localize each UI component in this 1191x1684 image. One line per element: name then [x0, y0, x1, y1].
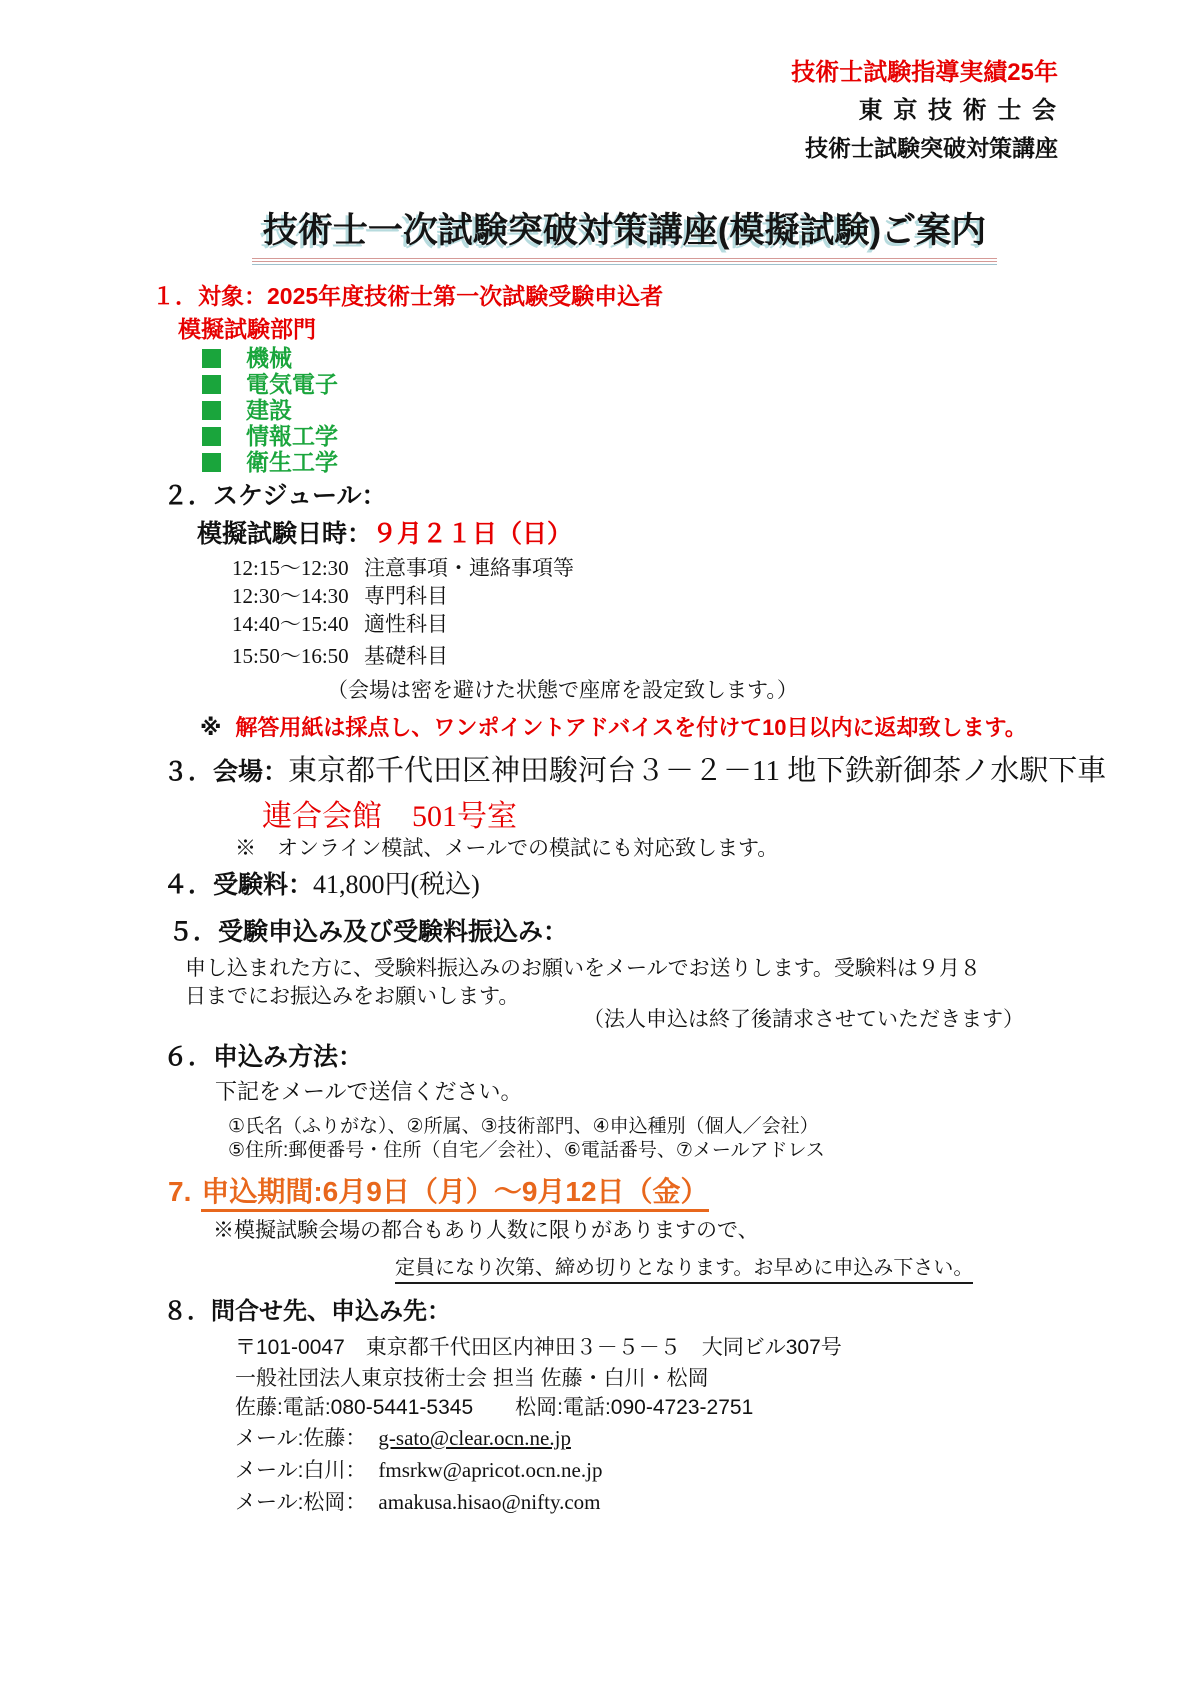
payment-body-line2: 日までにお振込みをお願いします。 — [185, 980, 519, 1010]
section4-heading: ４．受験料： — [163, 871, 313, 899]
schedule-row: 12:30～14:30専門科目 — [232, 580, 448, 610]
schedule-subject: 基礎科目 — [364, 644, 448, 668]
schedule-subject: 注意事項・連絡事項等 — [364, 556, 574, 580]
section7-number: 7. — [168, 1176, 191, 1207]
title-block: 技術士一次試験突破対策講座(模擬試験)ご案内 — [252, 203, 997, 265]
contact-address-line1: 〒101-0047 東京都千代田区内神田３－５－５ 大同ビル307号 — [235, 1331, 842, 1361]
venue-line: ３．会場：東京都千代田区神田駿河台３－２－11 地下鉄新御茶ノ水駅下車 — [163, 748, 1106, 789]
application-items-line2: ⑤住所:郵便番号・住所（自宅／会社）、⑥電話番号、⑦メールアドレス — [228, 1135, 825, 1162]
corporate-billing-note: （法人申込は終了後請求させていただきます） — [583, 1003, 1024, 1033]
contact-email-sato: メール:佐藤：g-sato@clear.ocn.ne.jp — [235, 1422, 571, 1452]
section6-heading: ６．申込み方法： — [163, 1037, 363, 1073]
application-instruction: 下記をメールで送信ください。 — [215, 1075, 523, 1106]
title-underline-pink — [252, 258, 997, 262]
online-mock-note: ※ オンライン模試、メールでの模試にも対応致します。 — [235, 832, 778, 862]
application-period-text: 申込期間:6月9日（月）～9月12日（金） — [201, 1176, 708, 1212]
list-item: 衛生工学 — [202, 444, 338, 477]
schedule-row: 12:15～12:30注意事項・連絡事項等 — [232, 552, 574, 582]
application-items-line1: ①氏名（ふりがな）、②所属、③技術部門、④申込種別（個人／会社） — [228, 1111, 819, 1138]
title-underline-blue — [252, 264, 997, 265]
email-label: メール:松岡： — [235, 1491, 366, 1514]
header-course-name: 技術士試験突破対策講座 — [805, 130, 1058, 163]
schedule-time: 14:40～15:40 — [232, 608, 364, 638]
exam-date-label: 模擬試験日時： — [197, 520, 372, 548]
fee-amount: 41,800円(税込) — [313, 870, 480, 899]
header-organization-name: 東 京 技 術 士 会 — [859, 90, 1058, 125]
contact-address-line2: 一般社団法人東京技術士会 担当 佐藤・白川・松岡 — [235, 1362, 709, 1392]
schedule-time: 15:50～16:50 — [232, 640, 364, 670]
email-label: メール:佐藤： — [235, 1427, 366, 1450]
venue-address: 東京都千代田区神田駿河台３－２－11 地下鉄新御茶ノ水駅下車 — [288, 755, 1106, 787]
contact-email-shirakawa: メール:白川：fmsrkw@apricot.ocn.ne.jp — [235, 1454, 602, 1484]
schedule-time: 12:15～12:30 — [232, 552, 364, 582]
capacity-note-line1: ※模擬試験会場の都合もあり人数に限りがありますので、 — [213, 1214, 759, 1244]
page-title: 技術士一次試験突破対策講座(模擬試験)ご案内 — [252, 203, 997, 253]
exam-date-value: ９月２１日（日） — [372, 520, 572, 548]
fee-line: ４．受験料：41,800円(税込) — [163, 864, 480, 901]
grading-return-text: 解答用紙は採点し、ワンポイントアドバイスを付けて10日以内に返却致します。 — [235, 715, 1026, 740]
schedule-subject: 適性科目 — [364, 612, 448, 636]
schedule-subject: 専門科目 — [364, 584, 448, 608]
email-address: amakusa.hisao@nifty.com — [378, 1490, 600, 1514]
header-achievement-line: 技術士試験指導実績25年 — [791, 52, 1058, 87]
email-address: fmsrkw@apricot.ocn.ne.jp — [378, 1458, 602, 1482]
reference-mark: ※ — [200, 715, 221, 740]
email-label: メール:白川： — [235, 1459, 366, 1482]
contact-phones: 佐藤:電話:080-5441-5345 松岡:電話:090-4723-2751 — [235, 1391, 753, 1421]
email-address-link[interactable]: g-sato@clear.ocn.ne.jp — [378, 1426, 571, 1450]
payment-body-line1: 申し込まれた方に、受験料振込みのお願いをメールでお送りします。受験料は９月８ — [185, 952, 981, 982]
section8-heading: ８．問合せ先、申込み先： — [163, 1291, 451, 1326]
capacity-note-line2: 定員になり次第、締め切りとなります。お早めに申込み下さい。 — [395, 1251, 973, 1284]
section2-heading: ２．スケジュール： — [163, 476, 387, 512]
exam-date-line: 模擬試験日時：９月２１日（日） — [197, 514, 572, 550]
application-period-line: 7.申込期間:6月9日（月）～9月12日（金） — [168, 1170, 709, 1210]
venue-room: 連合会館 501号室 — [262, 791, 517, 835]
section5-heading: ５．受験申込み及び受験料振込み： — [168, 912, 568, 948]
section3-heading: ３．会場： — [163, 758, 288, 786]
schedule-row: 14:40～15:40適性科目 — [232, 608, 448, 638]
section1-heading: １．対象：2025年度技術士第一次試験受験申込者 — [152, 278, 663, 311]
department-label: 衛生工学 — [246, 449, 338, 475]
schedule-row: 15:50～16:50基礎科目 — [232, 640, 448, 670]
contact-email-matsuoka: メール:松岡：amakusa.hisao@nifty.com — [235, 1486, 601, 1516]
grading-return-note: ※解答用紙は採点し、ワンポイントアドバイスを付けて10日以内に返却致します。 — [200, 711, 1027, 742]
seating-note: （会場は密を避けた状態で座席を設定致します。） — [327, 674, 798, 704]
schedule-time: 12:30～14:30 — [232, 580, 364, 610]
green-square-bullet-icon — [202, 453, 221, 472]
